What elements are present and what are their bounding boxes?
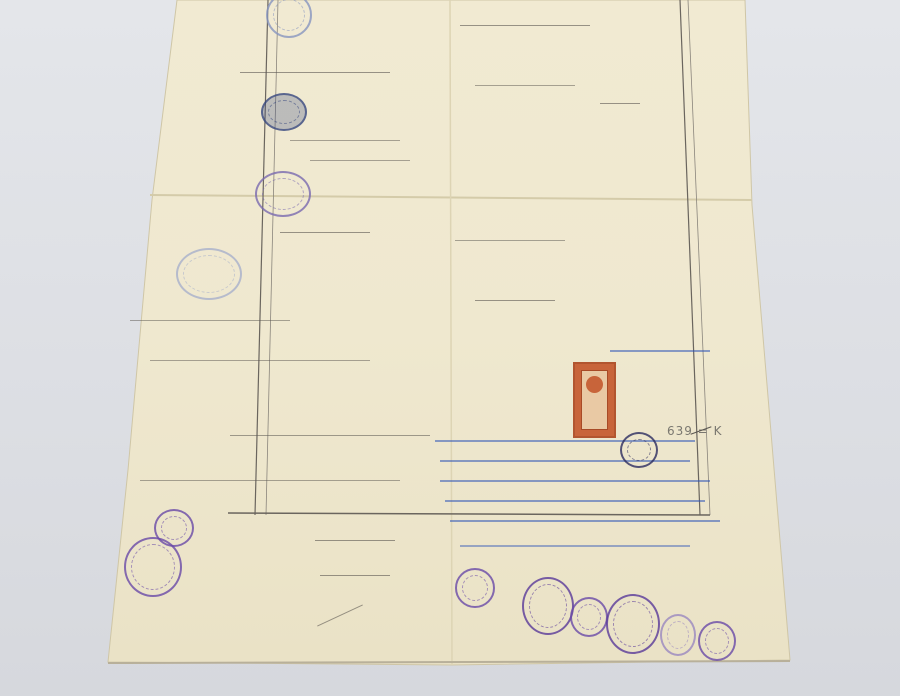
tughra-emblem-icon: [586, 376, 603, 393]
seal-mid: [255, 171, 311, 217]
seal-bottom-6: [698, 621, 736, 661]
seal-bottom-5: [660, 614, 696, 656]
seal-bottom-1: [455, 568, 495, 608]
seal-blue: [261, 93, 307, 131]
seal-bottom-3: [570, 597, 608, 637]
seal-stamp-cancel: [620, 432, 658, 468]
revenue-stamp: [573, 362, 616, 438]
seal-bottom-2: [522, 577, 574, 635]
seal-bottom-4: [606, 594, 660, 654]
document-sheet: [0, 0, 900, 696]
seal-left-large: [124, 537, 182, 597]
seal-faint: [176, 248, 242, 300]
